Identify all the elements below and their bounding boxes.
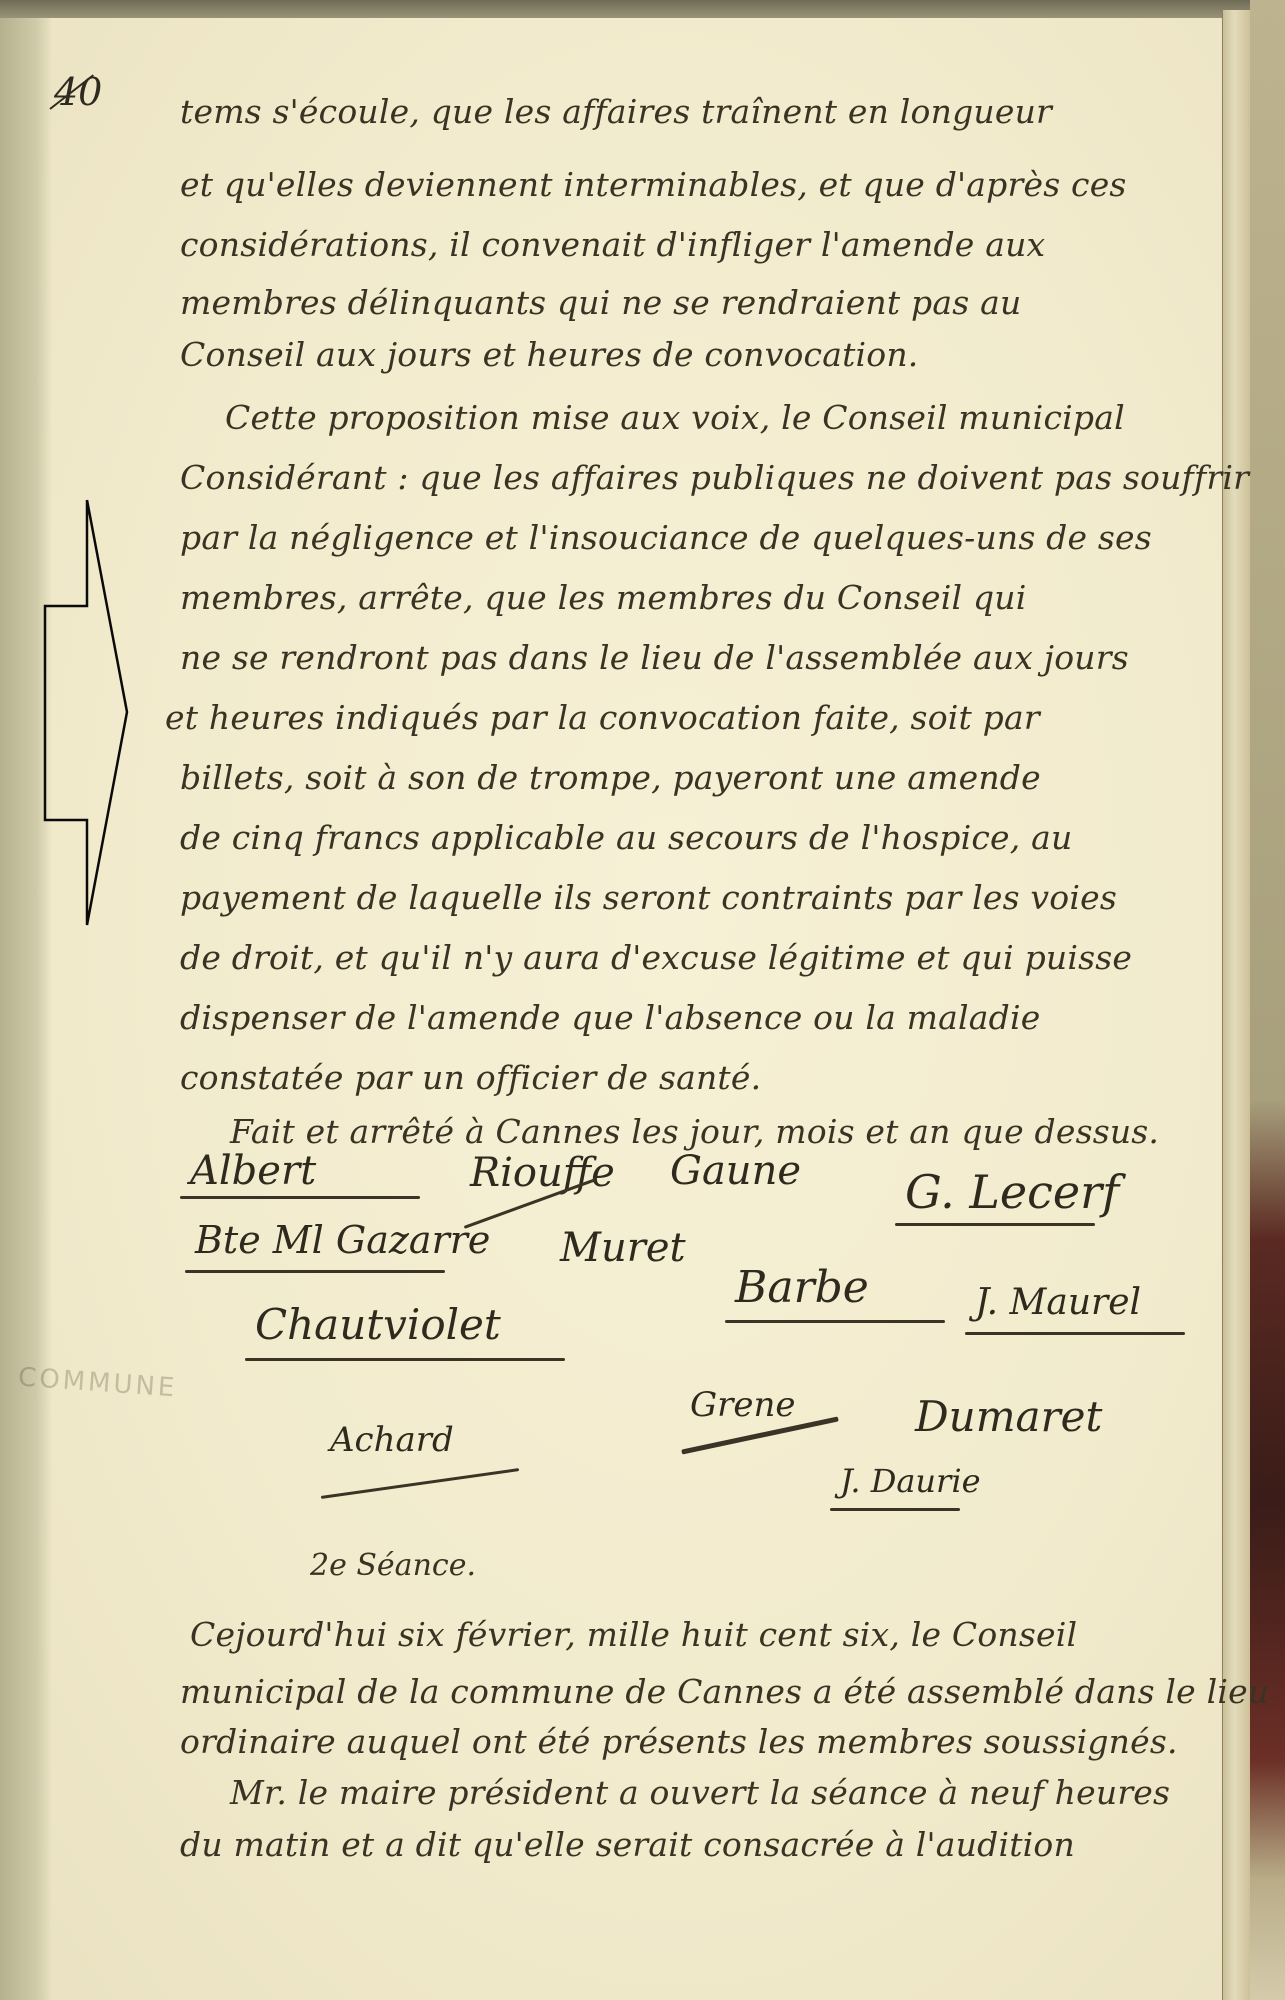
text-line: Cejourd'hui six février, mille huit cent… [190, 1615, 1230, 1654]
signature: J. Daurie [840, 1462, 981, 1500]
text-line: Mr. le maire président a ouvert la séanc… [230, 1773, 1270, 1812]
margin-arrow-icon [40, 495, 140, 935]
signature: Grene [690, 1385, 796, 1425]
text-line: constatée par un officier de santé. [180, 1058, 1220, 1097]
signature: Muret [560, 1225, 686, 1271]
page-number: 40 [54, 70, 102, 114]
text-line: et qu'elles deviennent interminables, et… [180, 165, 1220, 204]
text-line: municipal de la commune de Cannes a été … [180, 1672, 1220, 1711]
text-line: membres délinquants qui ne se rendraient… [180, 283, 1220, 322]
gutter-shadow [0, 18, 52, 2000]
text-line: Considérant : que les affaires publiques… [180, 458, 1220, 497]
text-line: tems s'écoule, que les affaires traînent… [180, 92, 1220, 131]
signature: Chautviolet [255, 1300, 501, 1349]
text-line: du matin et a dit qu'elle serait consacr… [180, 1825, 1220, 1864]
signature: Barbe [735, 1262, 869, 1313]
signature: Dumaret [915, 1392, 1102, 1441]
text-line: membres, arrête, que les membres du Cons… [180, 578, 1220, 617]
closing-line: Fait et arrêté à Cannes les jour, mois e… [230, 1112, 1270, 1151]
signature: Riouffe [470, 1150, 615, 1196]
text-line: et heures indiqués par la convocation fa… [165, 698, 1205, 737]
text-line: billets, soit à son de trompe, payeront … [180, 758, 1220, 797]
text-line: ne se rendront pas dans le lieu de l'ass… [180, 638, 1220, 677]
signature: Bte Ml Gazarre [195, 1218, 490, 1262]
signature: J. Maurel [975, 1282, 1141, 1323]
text-line: payement de laquelle ils seront contrain… [180, 878, 1220, 917]
text-line: ordinaire auquel ont été présents les me… [180, 1722, 1220, 1761]
text-line: de droit, et qu'il n'y aura d'excuse lég… [180, 938, 1220, 977]
signature: G. Lecerf [905, 1165, 1119, 1219]
signature: Achard [330, 1420, 454, 1460]
text-line: de cinq francs applicable au secours de … [180, 818, 1220, 857]
text-line: considérations, il convenait d'infliger … [180, 225, 1220, 264]
text-line: dispenser de l'amende que l'absence ou l… [180, 998, 1220, 1037]
section-heading: 2e Séance. [310, 1548, 476, 1583]
text-line: par la négligence et l'insouciance de qu… [180, 518, 1220, 557]
signature: Albert [190, 1148, 316, 1194]
text-line: Cette proposition mise aux voix, le Cons… [225, 398, 1265, 437]
text-line: Conseil aux jours et heures de convocati… [180, 335, 1220, 374]
signature: Gaune [670, 1148, 801, 1194]
